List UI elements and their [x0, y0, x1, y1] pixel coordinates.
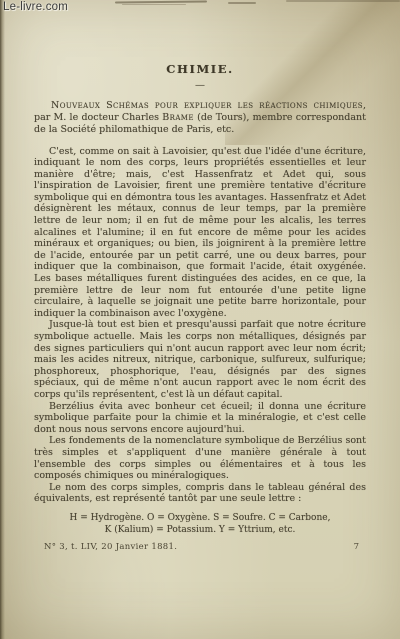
top-edge-mark [286, 0, 400, 2]
symbol-legend-line: H = Hydrogène. O = Oxygène. S = Soufre. … [34, 512, 366, 525]
title-divider: — [34, 81, 366, 91]
body-paragraph: C'est, comme on sait à Lavoisier, qu'est… [34, 146, 366, 320]
page-left-edge-shadow [0, 0, 5, 639]
scanned-page: Le-livre.com CHIMIE. — Nouveaux Schémas … [0, 0, 400, 639]
text-column: CHIMIE. — Nouveaux Schémas pour explique… [34, 62, 366, 552]
article-heading-paragraph: Nouveaux Schémas pour expliquer les réac… [34, 100, 366, 136]
article-body: C'est, comme on sait à Lavoisier, qu'est… [34, 146, 366, 505]
author-name: Brame [162, 112, 194, 123]
symbol-legend-line: K (Kalium) = Potassium. Y = Yttrium, etc… [34, 524, 366, 537]
body-paragraph: Jusque-là tout est bien et presqu'aussi … [34, 319, 366, 400]
top-edge-mark [228, 2, 256, 4]
page-number: 7 [354, 542, 366, 552]
page-footer: N° 3, t. LIV, 20 Janvier 1881. 7 [34, 542, 366, 552]
body-paragraph: Le nom des corps simples, compris dans l… [34, 482, 366, 505]
watermark-text: Le-livre.com [3, 1, 68, 13]
article-title: Nouveaux Schémas pour expliquer les réac… [51, 100, 363, 111]
body-paragraph: Les fondements de la nomenclature symbol… [34, 435, 366, 481]
body-paragraph: Berzélius évita avec bonheur cet écueil;… [34, 401, 366, 436]
section-title: CHIMIE. [34, 62, 366, 76]
top-edge-mark [122, 4, 186, 5]
symbol-legend: H = Hydrogène. O = Oxygène. S = Soufre. … [34, 512, 366, 537]
issue-reference: N° 3, t. LIV, 20 Janvier 1881. [34, 542, 177, 552]
